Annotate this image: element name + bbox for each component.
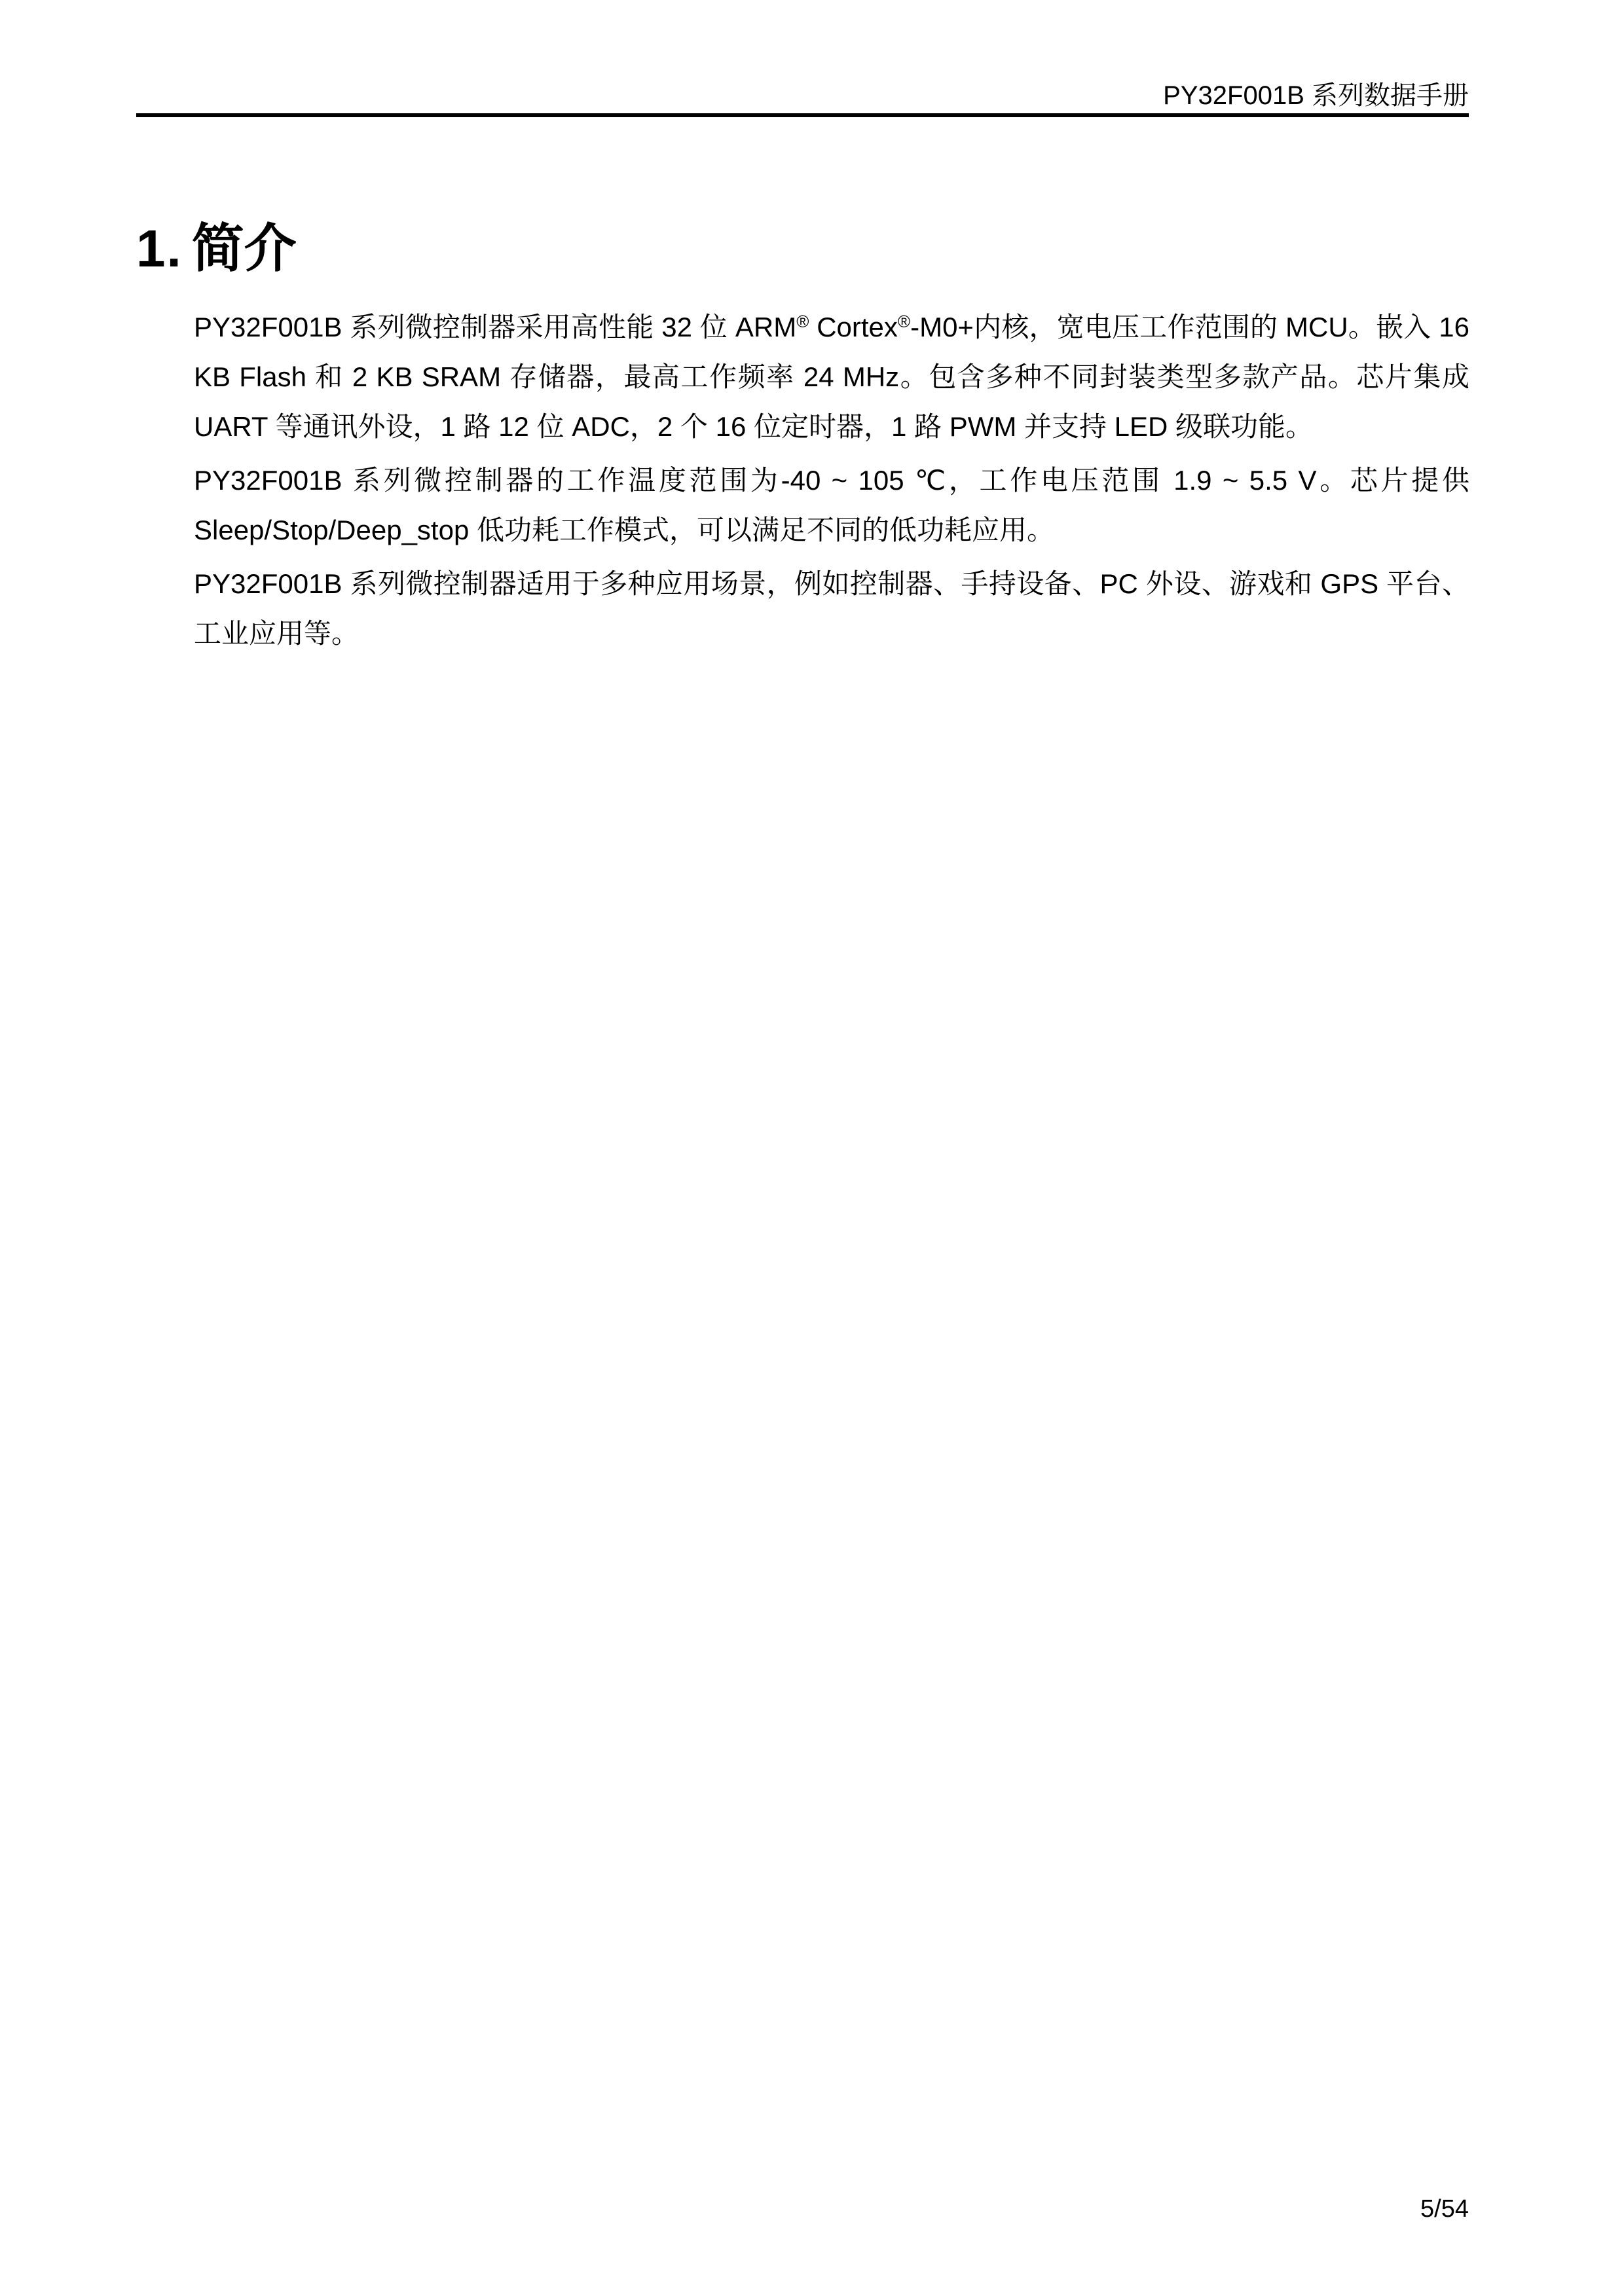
section-title: 简介 <box>192 219 297 278</box>
page-header: PY32F001B 系列数据手册 <box>136 65 1469 118</box>
registered-mark: ® <box>898 312 910 331</box>
registered-mark: ® <box>796 312 809 331</box>
section-body: PY32F001B 系列微控制器采用高性能 32 位 ARM® Cortex®-… <box>194 302 1469 663</box>
paragraph-overview: PY32F001B 系列微控制器采用高性能 32 位 ARM® Cortex®-… <box>194 302 1469 452</box>
section-number: 1. <box>136 219 183 278</box>
document-title: PY32F001B 系列数据手册 <box>1163 80 1469 111</box>
text-run: PY32F001B 系列微控制器采用高性能 32 位 ARM <box>194 312 796 342</box>
paragraph-operating-conditions: PY32F001B 系列微控制器的工作温度范围为-40 ~ 105 ℃，工作电压… <box>194 456 1469 555</box>
paragraph-applications: PY32F001B 系列微控制器适用于多种应用场景，例如控制器、手持设备、PC … <box>194 559 1469 659</box>
section-heading: 1.简介 <box>136 216 297 282</box>
page-number: 5/54 <box>1420 2195 1469 2223</box>
header-divider <box>136 113 1469 117</box>
text-run: Cortex <box>809 312 898 342</box>
